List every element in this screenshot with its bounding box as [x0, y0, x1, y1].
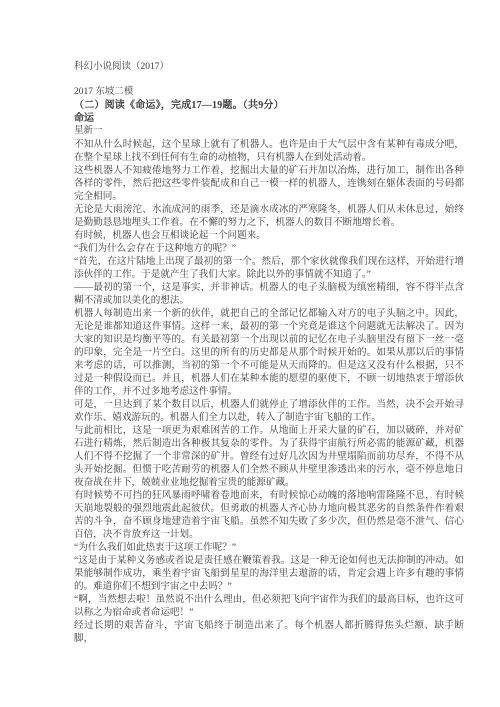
document-page: 科幻小说阅读（2017） 2017 东坡二模 （二）阅读《命运》，完成17—19…	[0, 0, 500, 707]
document-content: 科幻小说阅读（2017） 2017 东坡二模 （二）阅读《命运》，完成17—19…	[74, 61, 464, 645]
story-paragraph: 与此前相比，这是一项更为艰难困苦的工作。从地面上开采大量的矿石，加以破碎，并对矿…	[74, 424, 464, 489]
story-paragraph: 这些机器人不知疲倦地努力工作着，挖掘出大量的矿石并加以冶炼，进行加工，制作出各种…	[74, 164, 464, 203]
story-author: 星新一	[74, 125, 464, 138]
header-note: 科幻小说阅读（2017）	[74, 61, 464, 74]
story-paragraph: “啊，当然想去啦！虽然说不出什么理由，但必须把飞向宇宙作为我们的最高目标，也许这…	[74, 593, 464, 619]
story-paragraph: 机器人每制造出来一个新的伙伴，就把自己的全部记忆都输入对方的电子头脑之中。因此，…	[74, 307, 464, 398]
story-title: 命运	[74, 112, 464, 125]
story-paragraph: 无论是大雨滂沱、水流成河的雨季，还是滴水成冰的严寒隆冬，机器人们从未休息过，始终…	[74, 203, 464, 229]
story-paragraph: 有时候，机器人也会互相谈论起一个问题来。	[74, 229, 464, 242]
story-paragraph: 不知从什么时候起，这个星球上就有了机器人。也许是由于大气层中含有某种有毒成分吧，…	[74, 138, 464, 164]
story-paragraph: “为什么我们如此热衷于这项工作呢？”	[74, 541, 464, 554]
story-paragraph: “首先，在这片陆地上出现了最初的第一个。然后，那个家伙就像我们现在这样，开始进行…	[74, 255, 464, 281]
story-paragraph: 有时候势不可挡的狂风暴雨呼啸着卷地而来，有时候惊心动魄的落地响雷隆隆不息，有时候…	[74, 489, 464, 541]
story-paragraph: “这是由于某种义务感或者说是责任感在鞭策着我。这是一种无论如何也无法抑制的冲动。…	[74, 554, 464, 593]
section-heading: （二）阅读《命运》，完成17—19题。（共9分）	[74, 99, 464, 112]
story-paragraph: “我们为什么会存在于这种地方的呢？”	[74, 242, 464, 255]
exam-source: 2017 东坡二模	[74, 86, 464, 99]
story-paragraph: 可是，一旦达到了某个数目以后，机器人们就停止了增添伙伴的工作。当然，决不会开始寻…	[74, 398, 464, 424]
story-paragraph: 经过长期的艰苦奋斗，宇宙飞船终于制造出来了。每个机器人都折腾得焦头烂额、缺手断脚…	[74, 619, 464, 645]
story-body: 不知从什么时候起，这个星球上就有了机器人。也许是由于大气层中含有某种有毒成分吧，…	[74, 138, 464, 645]
story-paragraph: ——最初的第一个，这是事实，并非神话。机器人的电子头脑极为缜密精细，容不得半点含…	[74, 281, 464, 307]
